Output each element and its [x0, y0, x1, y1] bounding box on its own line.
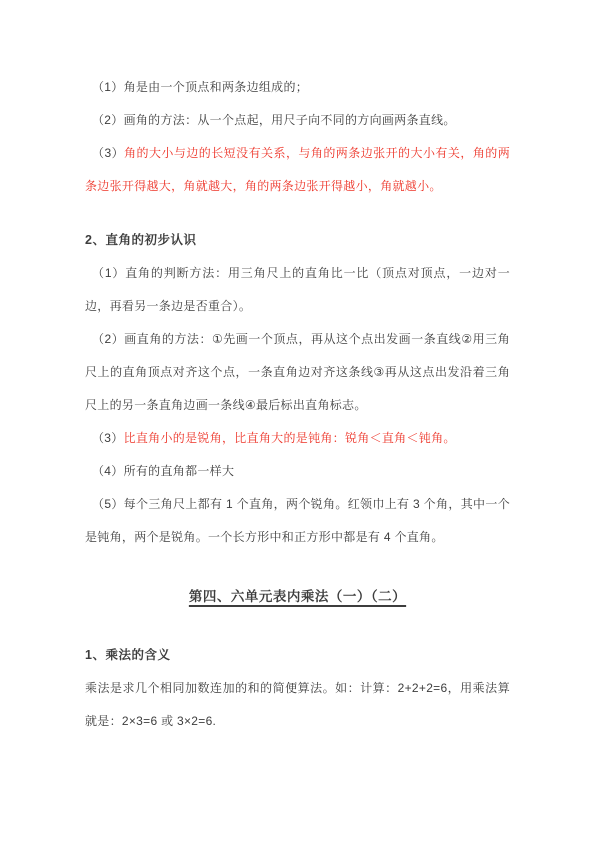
angle-point-2: （2）画角的方法：从一个点起，用尺子向不同的方向画两条直线。	[85, 104, 510, 137]
section-heading-multiplication-meaning: 1、乘法的含义	[85, 639, 510, 672]
right-angle-point-3-number: （3）	[92, 431, 124, 445]
angle-point-3: （3）角的大小与边的长短没有关系，与角的两条边张开的大小有关，角的两条边张开得越…	[85, 137, 510, 203]
angle-point-3-number: （3）	[92, 146, 124, 160]
right-angle-point-5: （5）每个三角尺上都有 1 个直角，两个锐角。红领巾上有 3 个角，其中一个是钝…	[85, 488, 510, 554]
right-angle-point-3: （3）比直角小的是锐角，比直角大的是钝角：锐角＜直角＜钝角。	[85, 422, 510, 455]
section-heading-right-angle: 2、直角的初步认识	[85, 224, 510, 257]
angle-point-1: （1）角是由一个顶点和两条边组成的；	[85, 71, 510, 104]
right-angle-point-2: （2）画直角的方法：①先画一个顶点，再从这个点出发画一条直线②用三角尺上的直角顶…	[85, 323, 510, 422]
document-page: （1）角是由一个顶点和两条边组成的； （2）画角的方法：从一个点起，用尺子向不同…	[0, 0, 595, 842]
chapter-heading-multiplication-units: 第四、六单元表内乘法（一）（二）	[85, 580, 510, 613]
right-angle-point-3-red-text: 比直角小的是锐角，比直角大的是钝角：锐角＜直角＜钝角。	[124, 431, 456, 445]
right-angle-point-4: （4）所有的直角都一样大	[85, 455, 510, 488]
right-angle-point-1: （1）直角的判断方法：用三角尺上的直角比一比（顶点对顶点，一边对一边，再看另一条…	[85, 257, 510, 323]
multiplication-meaning-body: 乘法是求几个相同加数连加的和的简便算法。如：计算：2+2+2=6，用乘法算就是：…	[85, 672, 510, 738]
angle-point-3-red-text: 角的大小与边的长短没有关系，与角的两条边张开的大小有关，角的两条边张开得越大，角…	[85, 146, 510, 193]
